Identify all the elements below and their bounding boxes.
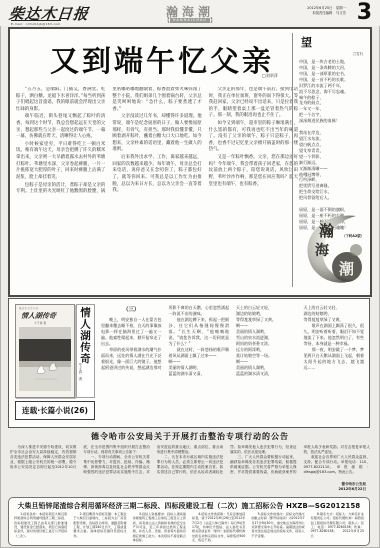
novel-text: （三） 晚上，明安独自一人在蒙古包里翻来覆去睡不着，白天的事像放电影一样在脑海里… (101, 305, 364, 421)
hanhaichao-ink-logo: 瀚 海 潮 (302, 210, 366, 286)
novel-serial-box: 柴达木文学丛书 情人湖传奇 牛子真 著 情人湖传奇 牛子真·著 连载·长篇小说(… (8, 298, 370, 428)
tender-notice: 大柴旦铅锌尾渣综合利用循环经济三期二标段、四标段建设工程（二次）施工招标公告 H… (8, 497, 370, 546)
text-line: 1.招标条件：本招标项目大柴旦铅锌尾渣综合利用循环经济三期二标段、四标段建设工程… (14, 512, 67, 538)
article-body: “五月五，是端阳。门插艾，香满堂。吃粽子，洒白糖。龙船下水喜洋洋。”每当听到孩子… (16, 87, 298, 285)
text-line: 又是一年粽叶飘香。父亲，您在那边还好吗？今年端午，我会带着孩子回老家，在您的坟前… (209, 155, 298, 188)
text-line: 6.联系方式：招标人：大柴旦矿业有限责任公司；招标代理机构：海西恒信工程招标代理… (311, 512, 364, 538)
article-author: □刘翠萍 (262, 73, 278, 79)
book-cover-photo (19, 327, 71, 391)
poem-lines: 中国，是一块古老的土地，中国，是一条奔腾的大河，中国，是一部厚重的史书，中国，是… (299, 59, 367, 231)
text-line: 欢迎社会各界和广大人民群众监督、支持、配合专项行动。举报电话：110、0977-… (304, 455, 370, 475)
serial-label: 连载·长篇小说(26) (15, 401, 95, 420)
poem-title: 望 (301, 34, 367, 50)
article-headline: 又到端午忆父亲 (26, 39, 298, 80)
text-line: 那一夜，明安做了一个梦，梦见两只白天鹅从湖面上飞起，朝着太阳升起的地方飞去，越飞… (304, 347, 365, 371)
police-notice-body: 为深入推进平安德令哈建设，切实维护全市社会治安大局持续稳定，有效遏制各类违法犯罪… (10, 445, 370, 491)
section-pinyin: 【HANHAICHAO】 (0, 17, 380, 24)
text-line: 端午临近，街头巷尾又飘起了粽叶的清香。每到这个时节，我总会想起远在天堂的父亲，想… (16, 114, 105, 140)
tender-title: 大柴旦铅锌尾渣综合利用循环经济三期二标段、四标段建设工程（二次）施工招标公告 H… (9, 500, 369, 510)
text-line: 歌声在湖面上飘荡了很久，很久。明安听着听着，眼泪不知不觉地流了下来。他忽然明白了… (304, 323, 365, 347)
text-line: 蓝蓝的湖水清又清， (169, 371, 230, 377)
text-line: “五月五，是端阳。门插艾，香满堂。吃粽子，洒白糖。龙船下水喜洋洋。”每当听到孩子… (16, 87, 105, 113)
text-line: 他在湖边蹲下来，抓起一把细沙，任它们从指缝间慢慢滑落。“长生天啊，”他喃喃地说，… (169, 317, 230, 347)
poem-column: 望 □雪归 中国，是一块古老的土地，中国，是一条奔腾的大河，中国，是一部厚重的史… (292, 33, 367, 287)
book-cover-author: 牛子真 著 (16, 321, 74, 326)
section-pinyin-box: HANHAICHAO (170, 18, 211, 23)
header-meta: 2012年6月25日 星期一 本版责任编辑 马文芳 (307, 6, 346, 17)
text-line: 蓝蓝的湖水清又清， (236, 371, 297, 377)
text-line: 父亲没读过几年书，却懂得许多道理。他常说，端午是纪念屈原的日子，做人要像屈原那样… (112, 114, 201, 154)
book-cover: 柴达木文学丛书 情人湖传奇 牛子真 著 (15, 304, 75, 398)
text-line: 后来我外出求学、工作，离家越来越远，回家的次数越来越少。每年端午，母亲总会打来电… (112, 155, 201, 195)
text-line: 就在这时，一阵悠扬的歌声顺着风从湖面上飘了过来—— (169, 347, 230, 359)
svg-text:海: 海 (315, 242, 330, 259)
editor-line: 本版责任编辑 马文芳 (307, 11, 346, 16)
svg-text:瀚: 瀚 (319, 222, 334, 240)
novel-strip-author: 牛子真·著 (78, 363, 83, 381)
poem-author: □雪归 (299, 51, 363, 56)
text-line: 晚上，明安独自一人在蒙古包里翻来覆去睡不着，白天的事像放电影一样在脑海里过了一遍… (101, 317, 162, 347)
police-notice: 德令哈市公安局关于开展打击整治专项行动的公告 为深入推进平安德令哈建设，切实维护… (10, 431, 370, 494)
police-notice-signature: 德令哈市公安局 2012年6月22日 (338, 482, 366, 492)
novel-chapter-heading: （三） (101, 306, 162, 314)
book-cover-title: 情人湖传奇 (16, 310, 75, 321)
page-header: 柴达木日报 E-mail：cdmrbbjb@163.com 瀚海潮 【HANHA… (0, 0, 380, 26)
text-line: 如今又到端午，超市里的粽子琳琅满目，什么馅的都有，可我再也吃不出当年的味道了。没… (209, 121, 298, 154)
text-line: 父亲走的那年，也是端午前后。接到电话时，我正在单位加班，窗外的雨下得很大。等我赶… (209, 87, 298, 120)
novel-strip-title: 情人湖传奇 (78, 307, 93, 397)
novel-title-strip: 情人湖传奇 牛子真·著 (76, 304, 95, 398)
text-line: 2.项目概况与招标范围：本工程位于大柴旦行委境内，二标段为主厂房及配套设施，四标… (73, 512, 126, 538)
tender-body: 1.招标条件：本招标项目大柴旦铅锌尾渣综合利用循环经济三期二标段、四标段建设工程… (14, 512, 364, 546)
text-line: 5.投标文件的递交：投标文件递交的截止时间（即开标时间）为2012年7月17日9… (251, 512, 304, 538)
main-article-box: 又到端午忆父亲 □刘翠萍 “五月五，是端阳。门插艾，香满堂。吃粽子，洒白糖。龙船… (8, 27, 372, 297)
police-date: 2012年6月22日 (338, 487, 366, 492)
page-number: 3 (357, 0, 372, 25)
text-line: 4.招标文件的获取：凡有意参加投标者，请于2012年6月26日至2012年7月2… (192, 512, 245, 542)
svg-text:潮: 潮 (339, 260, 354, 278)
text-line: 小时候家里穷，平日难得吃上一顿白米饭。唯有端午这天，母亲会把攒了许久的糯米拿出来… (16, 142, 105, 182)
text-line: 3.投标人资格要求：投标人须具备房屋建筑工程施工总承包三级及以上资质，具有独立法… (133, 512, 186, 542)
police-notice-title: 德令哈市公安局关于开展打击整治专项行动的公告 (10, 431, 370, 442)
newspaper-page: 柴达木日报 E-mail：cdmrbbjb@163.com 瀚海潮 【HANHA… (0, 0, 380, 548)
